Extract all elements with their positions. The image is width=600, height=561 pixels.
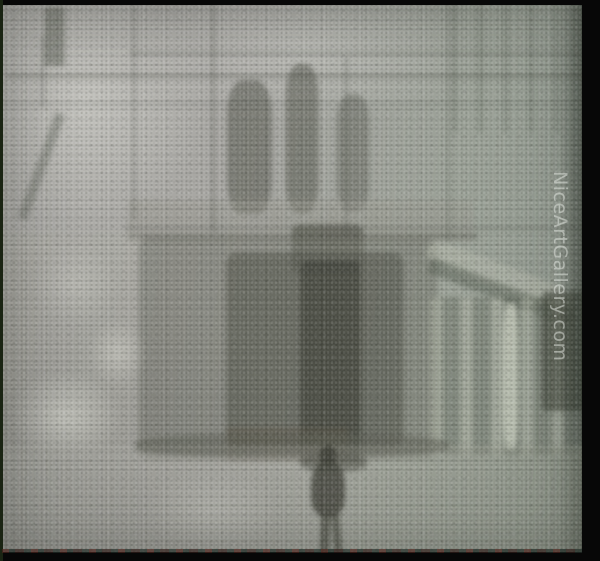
- scanline-artifact: [2, 549, 582, 553]
- grid-line: [447, 5, 450, 242]
- figure-leg: [331, 512, 343, 552]
- painting-image: NiceArtGallery.com: [2, 5, 582, 552]
- grid-line: [345, 57, 348, 235]
- window-recess: [337, 94, 369, 212]
- facade-upper-right-streaks: [432, 5, 570, 133]
- pavement-highlight: [145, 468, 277, 552]
- letterbox-bar-top: [0, 0, 600, 5]
- grid-line: [212, 5, 215, 232]
- scanned-painting-photo: NiceArtGallery.com: [0, 0, 600, 561]
- grid-line: [41, 36, 44, 107]
- letterbox-bar-bottom: [0, 552, 600, 561]
- figure-body: [311, 460, 344, 517]
- grid-line: [125, 226, 582, 229]
- walking-figure: [307, 443, 350, 552]
- painting-brushwork-layer: [2, 5, 582, 552]
- pavement: [2, 445, 582, 552]
- letterbox-bar-right: [582, 0, 600, 561]
- watermark-text: NiceArtGallery.com: [546, 171, 573, 361]
- right-bright-pilaster: [503, 303, 518, 450]
- bright-paint-patch: [87, 321, 148, 387]
- window-recess: [286, 64, 318, 214]
- grid-line: [133, 5, 136, 219]
- storefront-base-shadow: [135, 433, 450, 457]
- window-recess: [44, 7, 64, 66]
- figure-leg: [320, 512, 331, 552]
- film-edge-strip-left: [0, 0, 3, 561]
- grid-line: [2, 102, 582, 105]
- grid-line: [6, 74, 582, 78]
- bright-paint-patch: [28, 244, 119, 325]
- window-recess: [227, 80, 272, 214]
- grid-line: [130, 52, 582, 55]
